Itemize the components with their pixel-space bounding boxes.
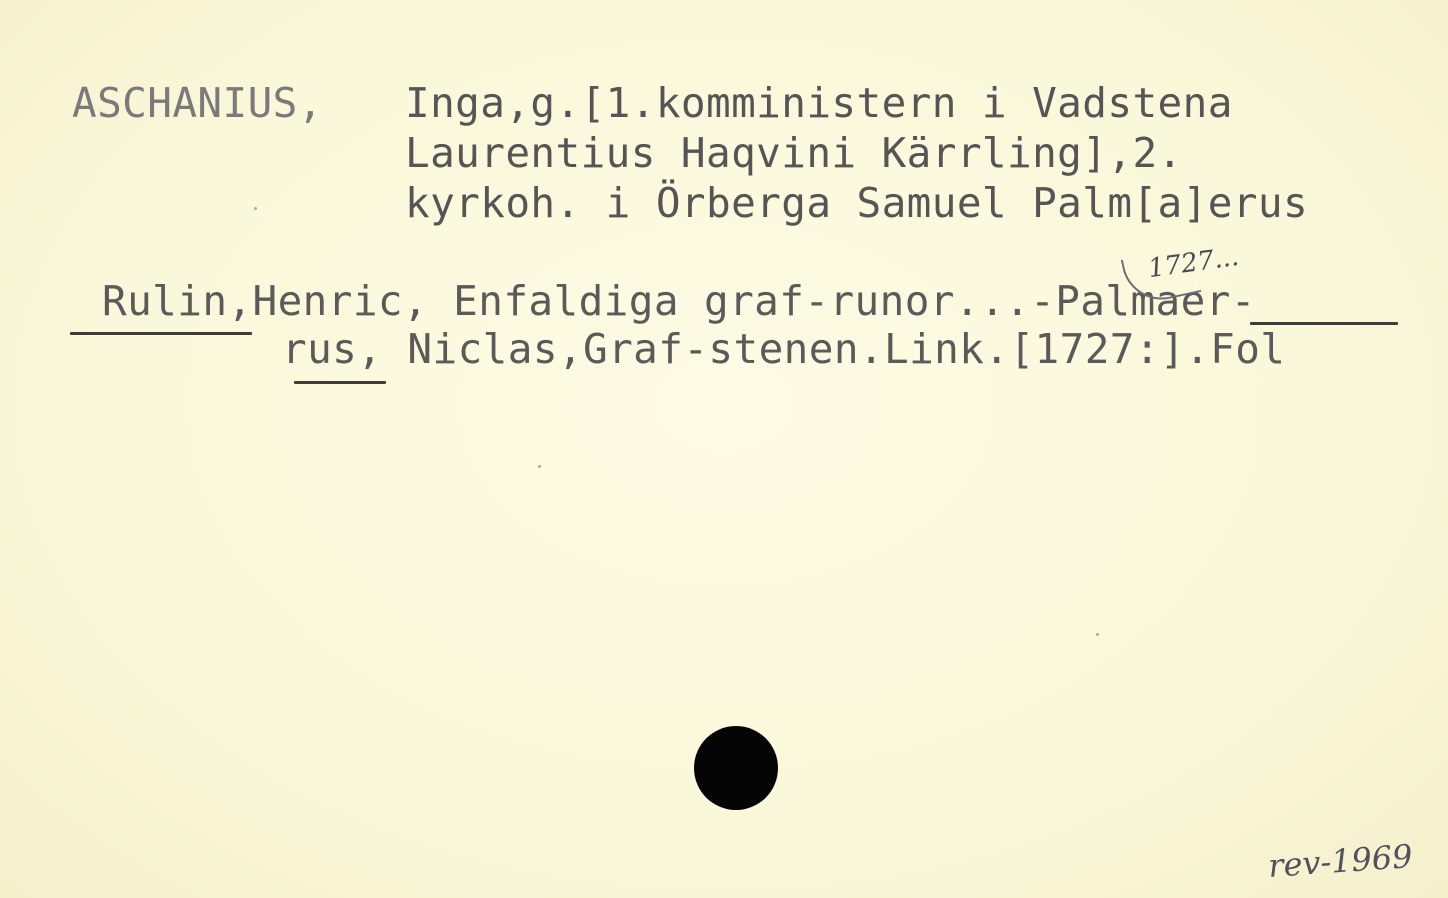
underline-palmaer (1250, 322, 1398, 325)
entry-line-2: rus, Niclas,Graf-stenen.Link.[1727:].Fol (282, 326, 1285, 372)
revision-note: rev-1969 (1267, 837, 1414, 885)
underline-rus (294, 381, 386, 384)
heading-line-2: Laurentius Haqvini Kärrling],2. (405, 130, 1183, 176)
paper-speck (538, 465, 541, 468)
paper-speck (254, 207, 257, 210)
heading-name: ASCHANIUS, (72, 80, 323, 126)
punch-hole (694, 726, 778, 810)
underline-rulin (70, 332, 252, 335)
heading-line-3: kyrkoh. i Örberga Samuel Palm[a]erus (405, 180, 1308, 226)
paper-speck (1096, 633, 1099, 636)
catalog-card: ASCHANIUS, Inga,g.[1.komministern i Vads… (0, 0, 1448, 898)
entry-line-1: Rulin,Henric, Enfaldiga graf-runor...-Pa… (102, 278, 1256, 324)
heading-line-1: Inga,g.[1.komministern i Vadstena (405, 80, 1233, 126)
